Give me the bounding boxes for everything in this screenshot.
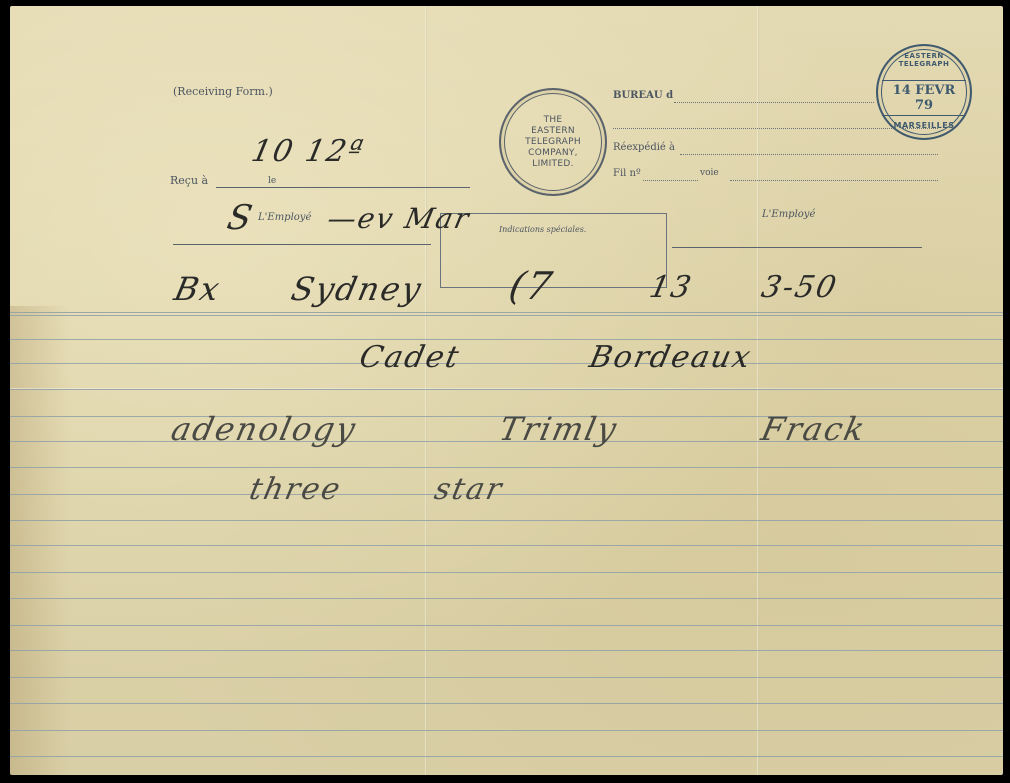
ruled-line <box>10 363 1003 364</box>
ruled-line <box>10 730 1003 731</box>
fil-line <box>643 180 698 181</box>
ruled-line <box>10 703 1003 704</box>
voie-line <box>730 180 938 181</box>
message-word: three <box>246 472 345 507</box>
message-word: 3-50 <box>758 270 841 305</box>
handwritten-employee-signature: —ev Mar <box>324 202 473 235</box>
logo-line: COMPANY, <box>528 148 578 159</box>
ruled-line <box>10 467 1003 468</box>
ruled-line <box>10 625 1003 626</box>
message-word: Bordeaux <box>586 340 755 375</box>
message-word: Cadet <box>356 340 463 375</box>
form-header-label: (Receiving Form.) <box>173 85 273 98</box>
reexpedie-label: Réexpédié à <box>613 142 675 153</box>
telegram-form: (Receiving Form.) Reçu à le L'Employé TH… <box>10 6 1003 775</box>
stamp-date: 14 FEVR 79 <box>882 80 966 116</box>
torn-edge <box>10 306 70 775</box>
employe-right-label: L'Employé <box>762 209 815 220</box>
postmark-stamp: EASTERN TELEGRAPH 14 FEVR 79 MARSEILLES <box>876 44 972 140</box>
ruled-line <box>10 494 1003 495</box>
logo-line: THE <box>544 115 563 126</box>
company-logo: THE EASTERN TELEGRAPH COMPANY, LIMITED. <box>499 88 607 196</box>
handwritten-received-time: 10 12ª <box>248 134 368 169</box>
recu-a-line <box>216 187 470 188</box>
fold-crease <box>425 6 427 775</box>
message-word: (7 <box>505 264 557 308</box>
reexpedie-line <box>680 154 938 155</box>
ruled-line <box>10 572 1003 573</box>
ruled-line <box>10 389 1003 390</box>
recu-a-label: Reçu à <box>170 174 208 187</box>
ruled-line <box>10 339 1003 340</box>
le-label: le <box>268 176 276 186</box>
message-word: Trimly <box>496 410 622 448</box>
indications-label: Indications spéciales. <box>499 225 586 234</box>
employe-left-label: L'Employé <box>258 212 311 223</box>
message-word: star <box>431 472 506 507</box>
ruled-line <box>10 677 1003 678</box>
handwritten-employee-mark: S <box>224 198 258 238</box>
fil-label: Fil nº <box>613 168 641 179</box>
message-word: Sydney <box>288 270 426 308</box>
bureau-line <box>674 102 874 103</box>
message-word: Bx <box>171 270 225 308</box>
fold-crease <box>757 6 759 775</box>
logo-line: EASTERN <box>531 126 575 137</box>
message-word: adenology <box>168 410 361 448</box>
message-word: 13 <box>646 270 696 305</box>
stamp-top-text: EASTERN TELEGRAPH <box>878 52 970 68</box>
voie-label: voie <box>700 168 719 178</box>
ruled-line <box>10 756 1003 757</box>
ruled-line <box>10 650 1003 651</box>
ruled-line <box>10 312 1003 313</box>
logo-line: LIMITED. <box>532 159 573 170</box>
stamp-bottom-text: MARSEILLES <box>878 121 970 130</box>
employe-left-line <box>173 244 431 245</box>
bureau-label: BUREAU d <box>613 90 673 101</box>
ruled-line <box>10 520 1003 521</box>
ruled-line <box>10 598 1003 599</box>
ruled-line <box>10 545 1003 546</box>
message-word: Frack <box>758 410 870 448</box>
logo-line: TELEGRAPH <box>525 137 581 148</box>
employe-right-line <box>672 247 922 248</box>
